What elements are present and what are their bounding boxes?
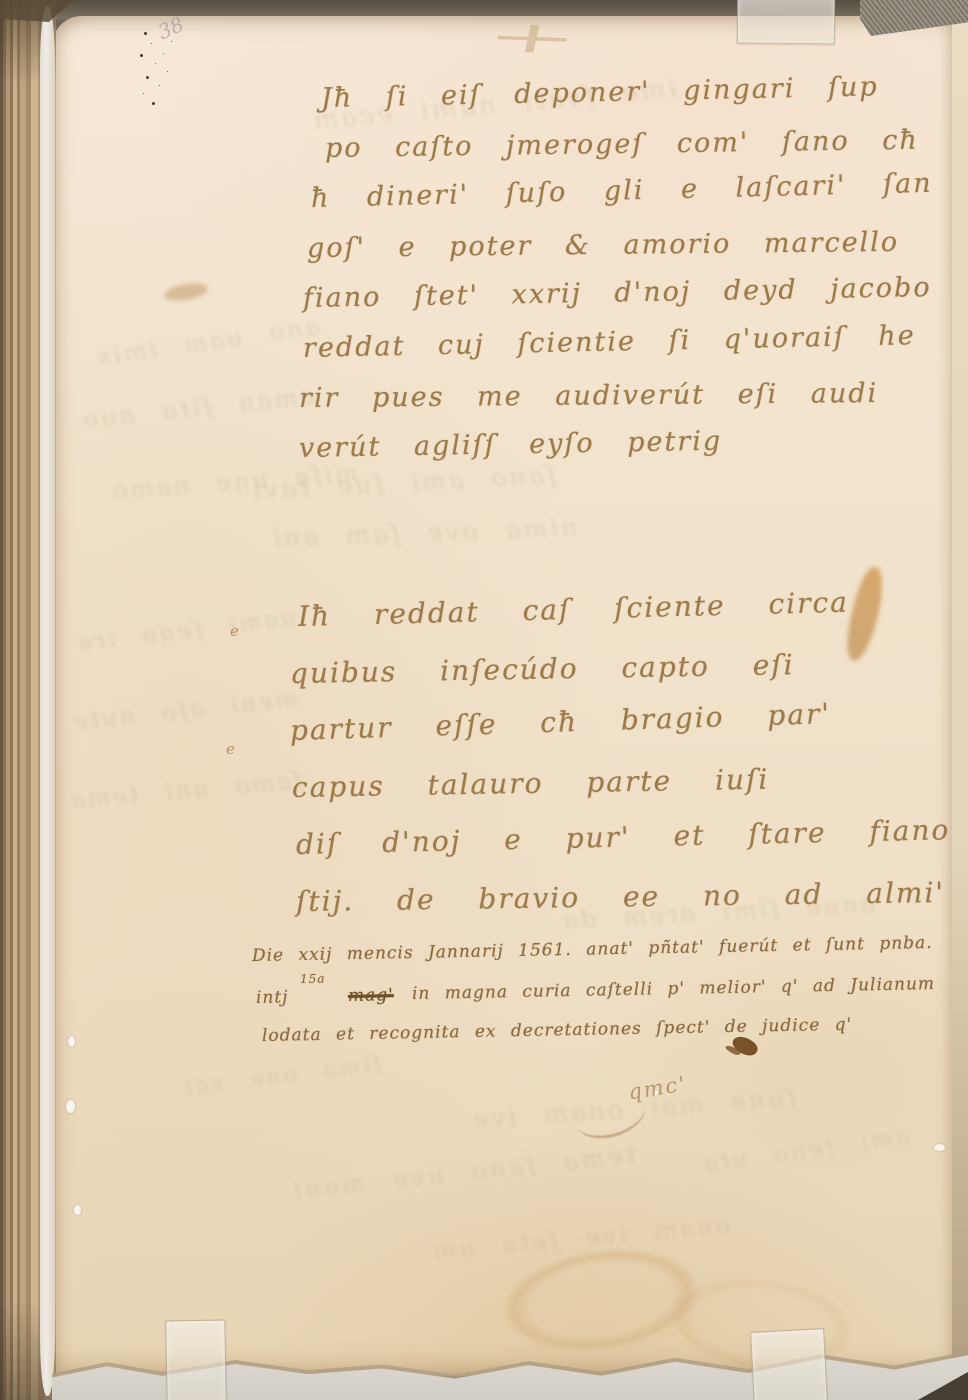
paper-speck (934, 1144, 945, 1151)
tape-repair-bottom-right (750, 1328, 828, 1400)
note-struck-word: mag' (348, 985, 394, 1006)
paragraph-1: Jħ ſi eiſ deponer' gingari ſup po caſto … (307, 74, 933, 474)
note-line-1: Die xxij mencis Jannarij 1561. anat' pñt… (252, 933, 933, 966)
note-line-3: lodata et recognita ex decretationes ſpe… (262, 1015, 853, 1046)
paper-speck (66, 1100, 75, 1113)
tape-repair-top (737, 0, 835, 45)
manuscript-scan: ime ſvati numi ecam ano uam imis eman ſi… (0, 0, 968, 1400)
note-line-2-start: intj (256, 987, 289, 1008)
tape-repair-bottom-left (165, 1319, 226, 1400)
marginal-mark: e (230, 622, 239, 640)
paper-speck (68, 1036, 75, 1047)
folio-number: 38 (154, 12, 187, 44)
paper-speck (74, 1205, 81, 1215)
show-through-line: tema ſano uve mani (289, 1140, 636, 1205)
note-superscript: 15a (300, 972, 326, 986)
show-through-line: meni aſo nute (69, 686, 298, 736)
show-through-line: eman ſita nuo (79, 382, 315, 434)
ink-speckles (144, 32, 147, 35)
marginal-mark: e (226, 740, 235, 758)
manuscript-line: Jħ ſi eiſ deponer' gingari ſup (320, 61, 933, 124)
show-through-line: nima ove ſam ani (270, 513, 578, 553)
manuscript-page: ime ſvati numi ecam ano uam imis eman ſi… (52, 16, 952, 1376)
cross-mark: + (481, 10, 584, 64)
show-through-line: ſamo uni tema (67, 768, 303, 814)
manuscript-line: ſtij. de bravio ee no ad almi' (296, 864, 951, 930)
show-through-line: ſima one vat (179, 1052, 383, 1101)
manuscript-line: verút agliſſ eyſo petrig (299, 413, 933, 474)
note-line-2-rest: in magna curia caſtelli p' melior' q' ad… (412, 974, 935, 1004)
show-through-line: uami ſeno ira (73, 605, 297, 658)
show-through-line: ami ſeno uta (699, 1124, 911, 1179)
show-through-line: ano uam imis (93, 312, 321, 371)
ink-smudge (163, 280, 209, 303)
page-edge-strip (40, 6, 55, 1396)
